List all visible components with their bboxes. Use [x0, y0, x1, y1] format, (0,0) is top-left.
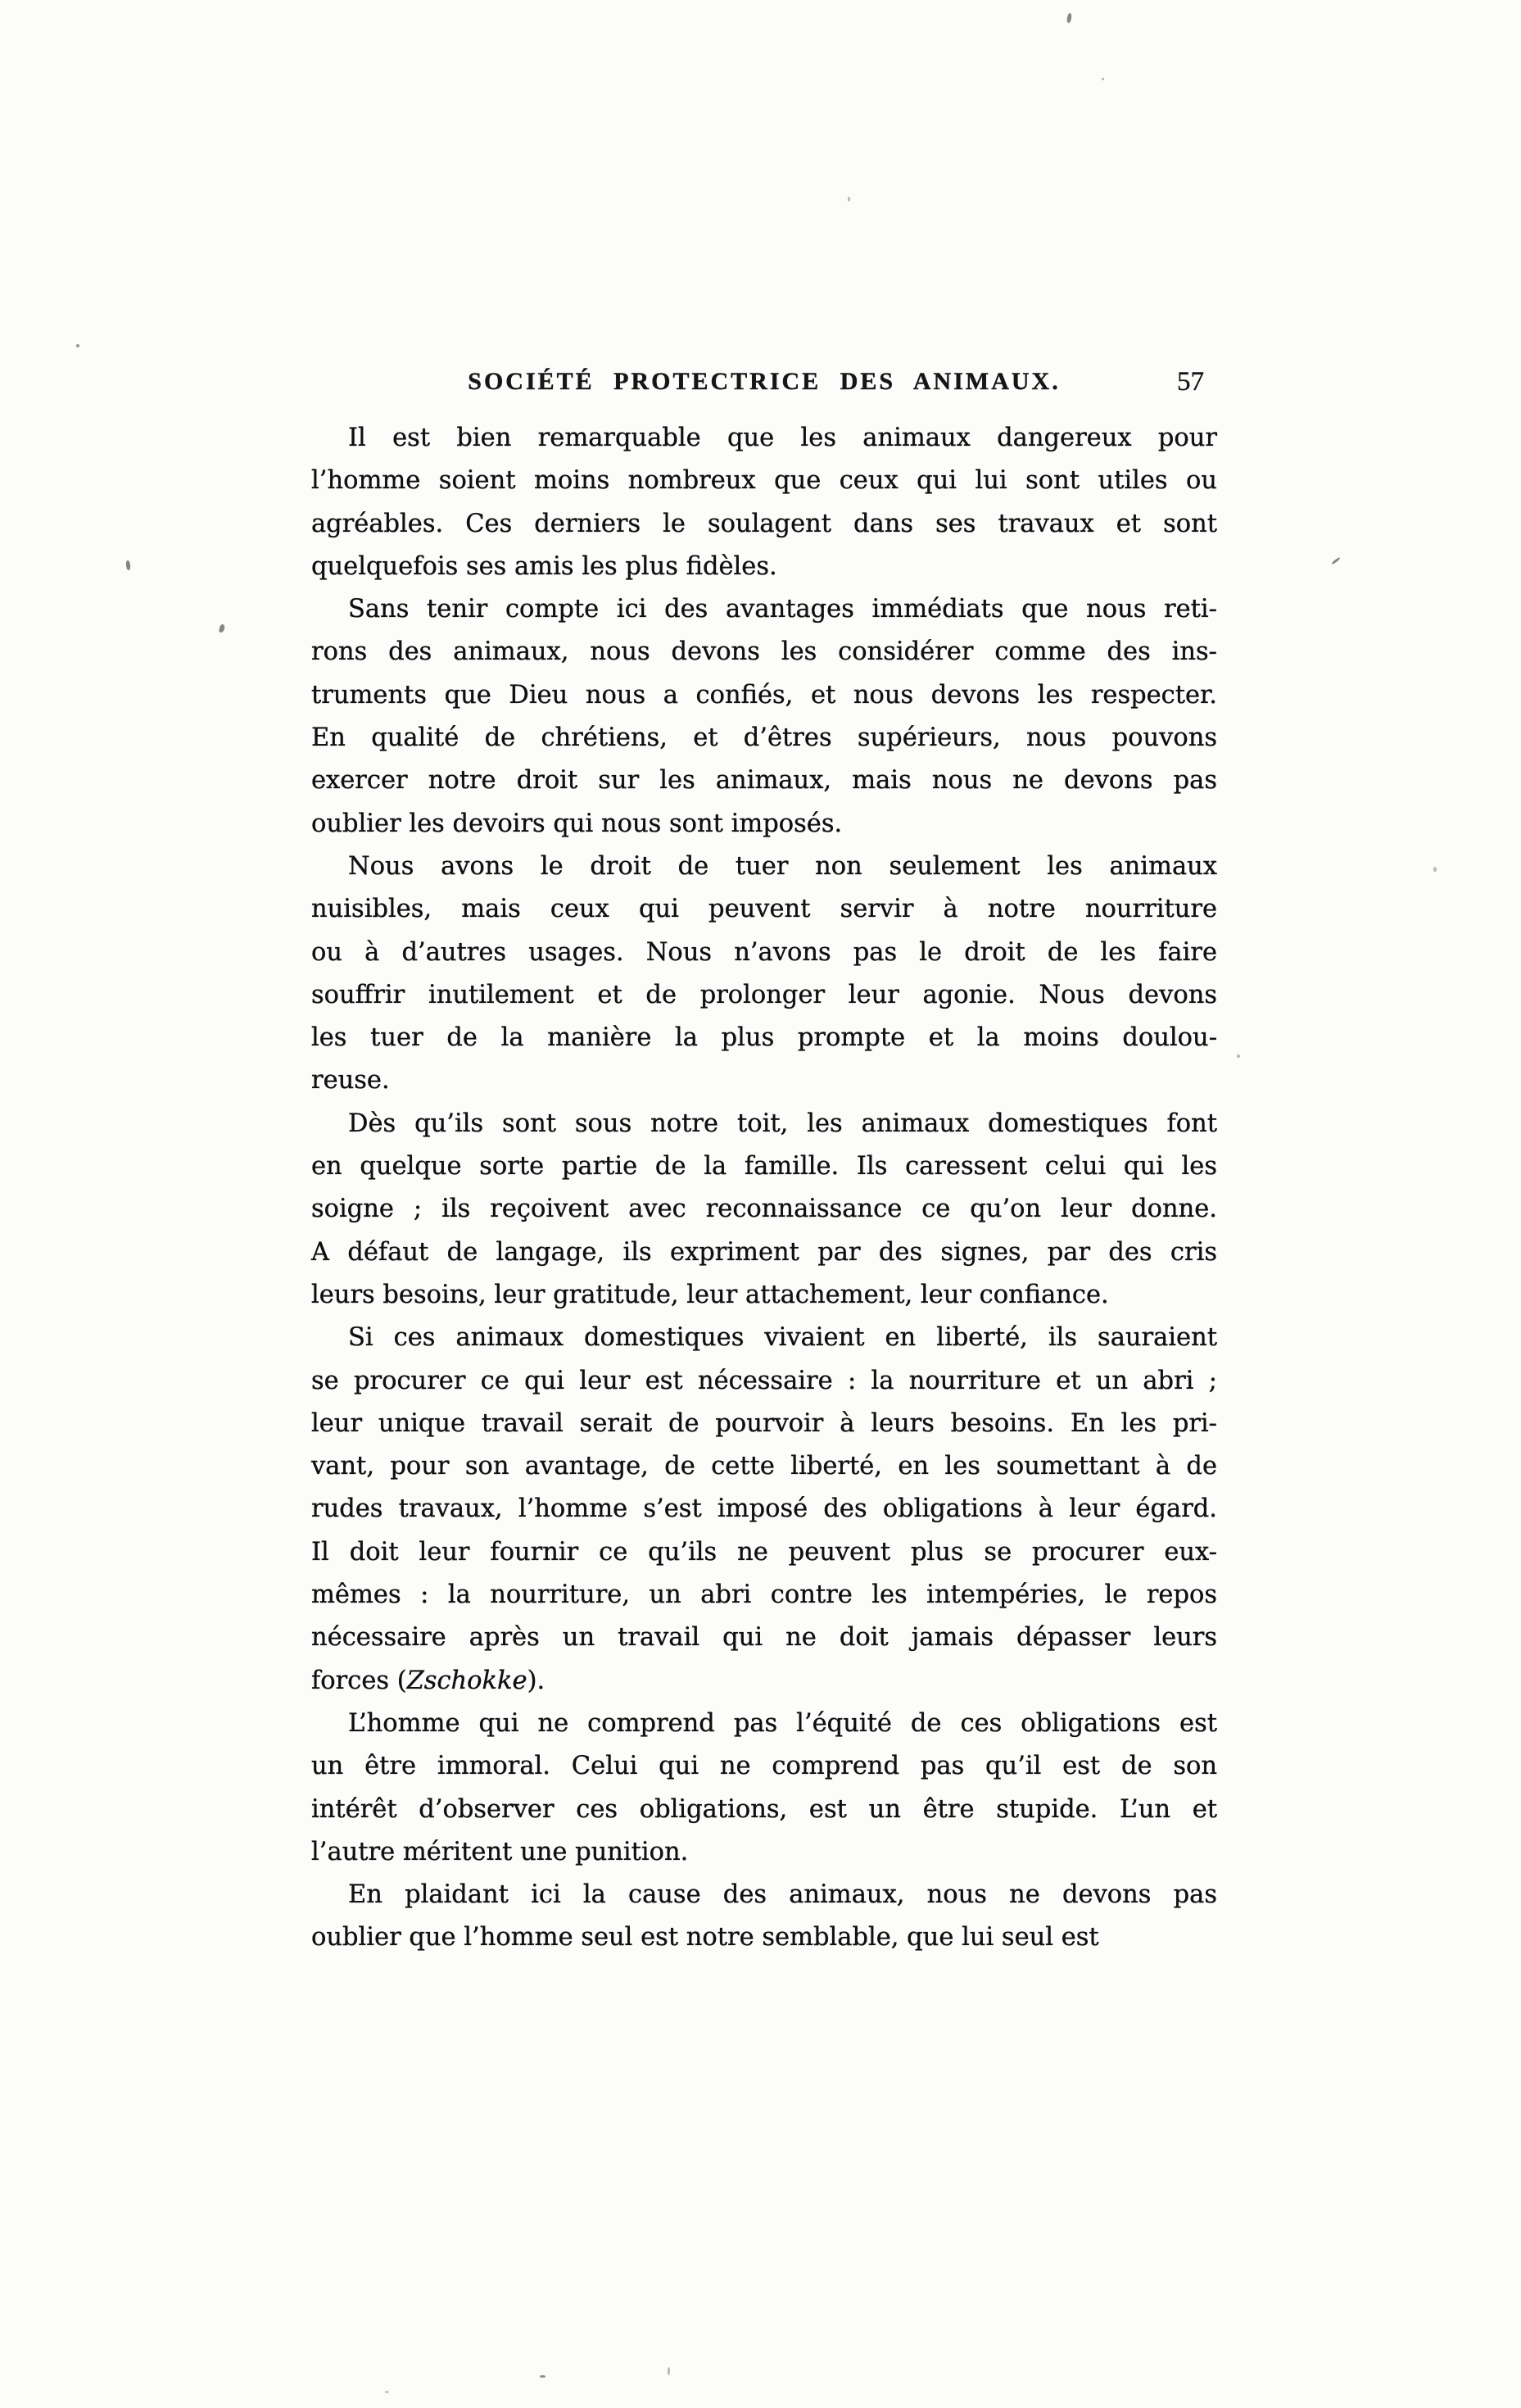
text-line: forces (Zschokke). [311, 1660, 1217, 1703]
text-line: L’homme qui ne comprend pas l’équité de … [311, 1703, 1217, 1745]
body-text: Il est bien remarquable que les animaux … [311, 417, 1217, 1960]
text-line: souffrir inutilement et de prolonger leu… [311, 974, 1217, 1017]
text-line: Il est bien remarquable que les animaux … [311, 417, 1217, 460]
text-line: Si ces animaux domestiques vivaient en l… [311, 1317, 1217, 1359]
text-line: En qualité de chrétiens, et d’êtres supé… [311, 717, 1217, 760]
text-line: Sans tenir compte ici des avantages immé… [311, 588, 1217, 631]
scan-speck [1066, 13, 1072, 24]
text-line: l’autre méritent une punition. [311, 1831, 1217, 1874]
text-run: ). [527, 1667, 545, 1695]
text-line: oublier les devoirs qui nous sont imposé… [311, 803, 1217, 846]
text-line: les tuer de la manière la plus prompte e… [311, 1017, 1217, 1059]
text-line: reuse. [311, 1059, 1217, 1102]
scan-speck [385, 2391, 389, 2393]
scan-speck [219, 624, 225, 633]
book-page: SOCIÉTÉ PROTECTRICE DES ANIMAUX. 57 Il e… [0, 0, 1521, 2408]
text-line: A défaut de langage, ils expriment par d… [311, 1231, 1217, 1274]
text-line: vant, pour son avantage, de cette libert… [311, 1445, 1217, 1488]
text-line: ou à d’autres usages. Nous n’avons pas l… [311, 932, 1217, 974]
text-line: soigne ; ils reçoivent avec reconnaissan… [311, 1188, 1217, 1231]
text-line: rudes travaux, l’homme s’est imposé des … [311, 1488, 1217, 1531]
text-line: leur unique travail serait de pourvoir à… [311, 1403, 1217, 1445]
text-line: En plaidant ici la cause des animaux, no… [311, 1874, 1217, 1916]
text-line: Dès qu’ils sont sous notre toit, les ani… [311, 1103, 1217, 1145]
scan-speck [76, 344, 79, 347]
text-line: Il doit leur fournir ce qu’ils ne peuven… [311, 1531, 1217, 1574]
italic-citation: Zschokke [407, 1667, 527, 1695]
text-line: exercer notre droit sur les animaux, mai… [311, 760, 1217, 802]
page-number: 57 [1177, 365, 1204, 398]
text-line: agréables. Ces derniers le soulagent dan… [311, 503, 1217, 546]
text-line: oublier que l’homme seul est notre sembl… [311, 1916, 1217, 1959]
text-line: en quelque sorte partie de la famille. I… [311, 1145, 1217, 1188]
scan-speck [1331, 557, 1340, 565]
page-title: SOCIÉTÉ PROTECTRICE DES ANIMAUX. [311, 365, 1217, 398]
scan-speck [540, 2375, 545, 2378]
scan-speck [668, 2367, 670, 2375]
text-line: nuisibles, mais ceux qui peuvent servir … [311, 888, 1217, 931]
scan-speck [1237, 1054, 1240, 1058]
text-line: quelquefois ses amis les plus fidèles. [311, 546, 1217, 588]
text-line: un être immoral. Celui qui ne comprend p… [311, 1745, 1217, 1788]
text-line: l’homme soient moins nombreux que ceux q… [311, 460, 1217, 502]
text-line: Nous avons le droit de tuer non seulemen… [311, 846, 1217, 888]
text-line: rons des animaux, nous devons les consid… [311, 631, 1217, 673]
scan-speck [1433, 867, 1437, 872]
scan-speck [848, 197, 850, 202]
running-head: SOCIÉTÉ PROTECTRICE DES ANIMAUX. 57 [311, 365, 1217, 401]
text-line: mêmes : la nourriture, un abri contre le… [311, 1574, 1217, 1617]
scan-speck [125, 560, 130, 570]
text-line: truments que Dieu nous a confiés, et nou… [311, 674, 1217, 717]
text-line: leurs besoins, leur gratitude, leur atta… [311, 1274, 1217, 1317]
text-line: se procurer ce qui leur est nécessaire :… [311, 1360, 1217, 1403]
scan-speck [1102, 78, 1104, 80]
text-line: nécessaire après un travail qui ne doit … [311, 1617, 1217, 1659]
text-line: intérêt d’observer ces obligations, est … [311, 1789, 1217, 1831]
text-run: forces ( [311, 1667, 407, 1695]
